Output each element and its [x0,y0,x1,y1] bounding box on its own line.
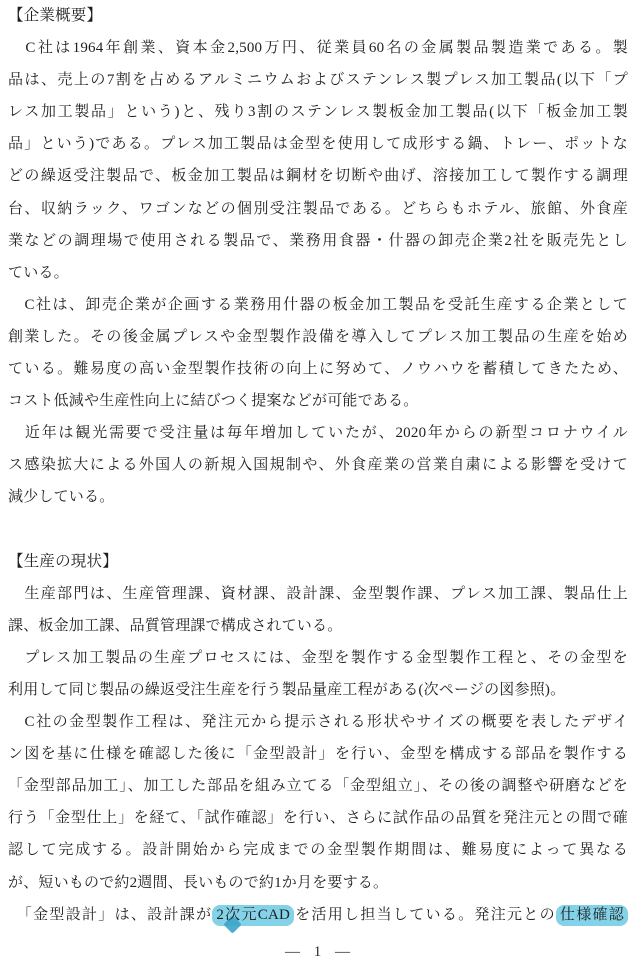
page-number: ― 1 ― [8,931,628,975]
text-segment: ている。 [8,265,69,281]
text-line: プレス加工製品の生産プロセスには、金型を製作する金型製作工程と、その金型を [8,642,628,674]
text-line: 近年は観光需要で受注量は毎年増加していたが、2020年からの新型コロナウイル [8,417,628,449]
highlight-annotation[interactable]: 仕様確認 [556,905,628,926]
text-segment: を活用し担当している。発注元との [294,907,556,923]
text-segment: 品」という)である。プレス加工製品は金型を使用して成形する鍋、トレー、ポットな [8,136,628,152]
section-heading: 【生産の現状】 [8,546,628,578]
text-line: 業などの調理場で使用される製品で、業務用食器・什器の卸売企業2社を販売先とし [8,225,628,257]
text-segment: コスト低減や生産性向上に結びつく提案などが可能である。 [8,393,418,409]
text-line: ている。 [8,257,628,289]
text-segment: ン図を基に仕様を確認した後に「金型設計」を行い、金型を構成する部品を製作する [8,746,628,762]
text-line: 利用して同じ製品の繰返受注生産を行う製品量産工程がある(次ページの図参照)。 [8,674,628,706]
text-segment: プレス加工製品の生産プロセスには、金型を製作する金型製作工程と、その金型を [8,650,628,666]
text-segment: 利用して同じ製品の繰返受注生産を行う製品量産工程がある(次ページの図参照)。 [8,682,565,698]
text-line: 減少している。 [8,481,628,513]
text-segment: 減少している。 [8,489,114,505]
text-line: 行う「金型仕上」を経て、「試作確認」を行い、さらに試作品の品質を発注元との間で確 [8,802,628,834]
text-segment: 認して完成する。設計開始から完成までの金型製作期間は、難易度によって異なる [8,842,628,858]
text-line: 「金型部品加工」、加工した部品を組み立てる「金型組立」、その後の調整や研磨などを [8,770,628,802]
document-body: 【企業概要】 C社は1964年創業、資本金2,500万円、従業員60名の金属製品… [8,0,628,931]
text-segment: 生産部門は、生産管理課、資材課、設計課、金型製作課、プレス加工課、製品仕上 [8,586,628,602]
text-segment: 【企業概要】 [8,7,102,24]
text-line: C社は1964年創業、資本金2,500万円、従業員60名の金属製品製造業である。… [8,32,628,64]
highlight-annotation[interactable]: 2次元CAD [212,905,294,926]
text-segment: 創業した。その後金属プレスや金型製作設備を導入してプレス加工製品の生産を始め [8,329,628,345]
text-line: 品は、売上の7割を占めるアルミニウムおよびステンレス製プレス加工製品(以下「プ [8,64,628,96]
text-line: 台、収納ラック、ワゴンなどの個別受注製品である。どちらもホテル、旅館、外食産 [8,193,628,225]
text-line: 認して完成する。設計開始から完成までの金型製作期間は、難易度によって異なる [8,834,628,866]
text-line: 品」という)である。プレス加工製品は金型を使用して成形する鍋、トレー、ポットな [8,128,628,160]
text-segment: レス加工製品」という)と、残り3割のステンレス製板金加工製品(以下「板金加工製 [8,104,628,120]
section-heading: 【企業概要】 [8,0,628,32]
text-segment: C社は1964年創業、資本金2,500万円、従業員60名の金属製品製造業である。… [8,40,628,56]
blank-line [8,514,628,546]
text-line: 生産部門は、生産管理課、資材課、設計課、金型製作課、プレス加工課、製品仕上 [8,578,628,610]
text-line: 課、板金加工課、品質管理課で構成されている。 [8,610,628,642]
text-segment: 「金型設計」は、設計課が [8,907,212,923]
text-line: 創業した。その後金属プレスや金型製作設備を導入してプレス加工製品の生産を始め [8,321,628,353]
text-line: 「金型設計」は、設計課が2次元CADを活用し担当している。発注元との仕様確認 [8,899,628,931]
text-segment: が、短いもので約2週間、長いもので約1か月を要する。 [8,875,388,891]
text-line: ている。難易度の高い金型製作技術の向上に努めて、ノウハウを蓄積してきたため、 [8,353,628,385]
document-page: 【企業概要】 C社は1964年創業、資本金2,500万円、従業員60名の金属製品… [0,0,636,975]
text-segment: 行う「金型仕上」を経て、「試作確認」を行い、さらに試作品の品質を発注元との間で確 [8,810,628,826]
text-segment: どの繰返受注製品で、板金加工製品は鋼材を切断や曲げ、溶接加工して製作する調理 [8,168,628,184]
text-segment: ス感染拡大による外国人の新規入国規制や、外食産業の営業自粛による影響を受けて [8,457,628,473]
text-segment: 業などの調理場で使用される製品で、業務用食器・什器の卸売企業2社を販売先とし [8,233,628,249]
text-segment: 近年は観光需要で受注量は毎年増加していたが、2020年からの新型コロナウイル [8,425,628,441]
highlighted-text: 2次元CAD [216,907,290,923]
highlighted-text: 仕様確認 [560,907,624,923]
text-line: レス加工製品」という)と、残り3割のステンレス製板金加工製品(以下「板金加工製 [8,96,628,128]
text-segment: 【生産の現状】 [8,553,118,570]
text-segment: 「金型部品加工」、加工した部品を組み立てる「金型組立」、その後の調整や研磨などを [8,778,628,794]
text-segment: 品は、売上の7割を占めるアルミニウムおよびステンレス製プレス加工製品(以下「プ [8,72,628,88]
text-line: C社の金型製作工程は、発注元から提示される形状やサイズの概要を表したデザイ [8,706,628,738]
text-segment: C社は、卸売企業が企画する業務用什器の板金加工製品を受託生産する企業として [8,297,628,313]
text-segment: ている。難易度の高い金型製作技術の向上に努めて、ノウハウを蓄積してきたため、 [8,361,628,377]
text-line: ン図を基に仕様を確認した後に「金型設計」を行い、金型を構成する部品を製作する [8,738,628,770]
text-segment: 台、収納ラック、ワゴンなどの個別受注製品である。どちらもホテル、旅館、外食産 [8,201,628,217]
text-segment: 課、板金加工課、品質管理課で構成されている。 [8,618,342,634]
text-line: コスト低減や生産性向上に結びつく提案などが可能である。 [8,385,628,417]
text-segment: C社の金型製作工程は、発注元から提示される形状やサイズの概要を表したデザイ [8,714,628,730]
text-line: C社は、卸売企業が企画する業務用什器の板金加工製品を受託生産する企業として [8,289,628,321]
text-line: が、短いもので約2週間、長いもので約1か月を要する。 [8,867,628,899]
text-line: どの繰返受注製品で、板金加工製品は鋼材を切断や曲げ、溶接加工して製作する調理 [8,160,628,192]
text-line: ス感染拡大による外国人の新規入国規制や、外食産業の営業自粛による影響を受けて [8,449,628,481]
